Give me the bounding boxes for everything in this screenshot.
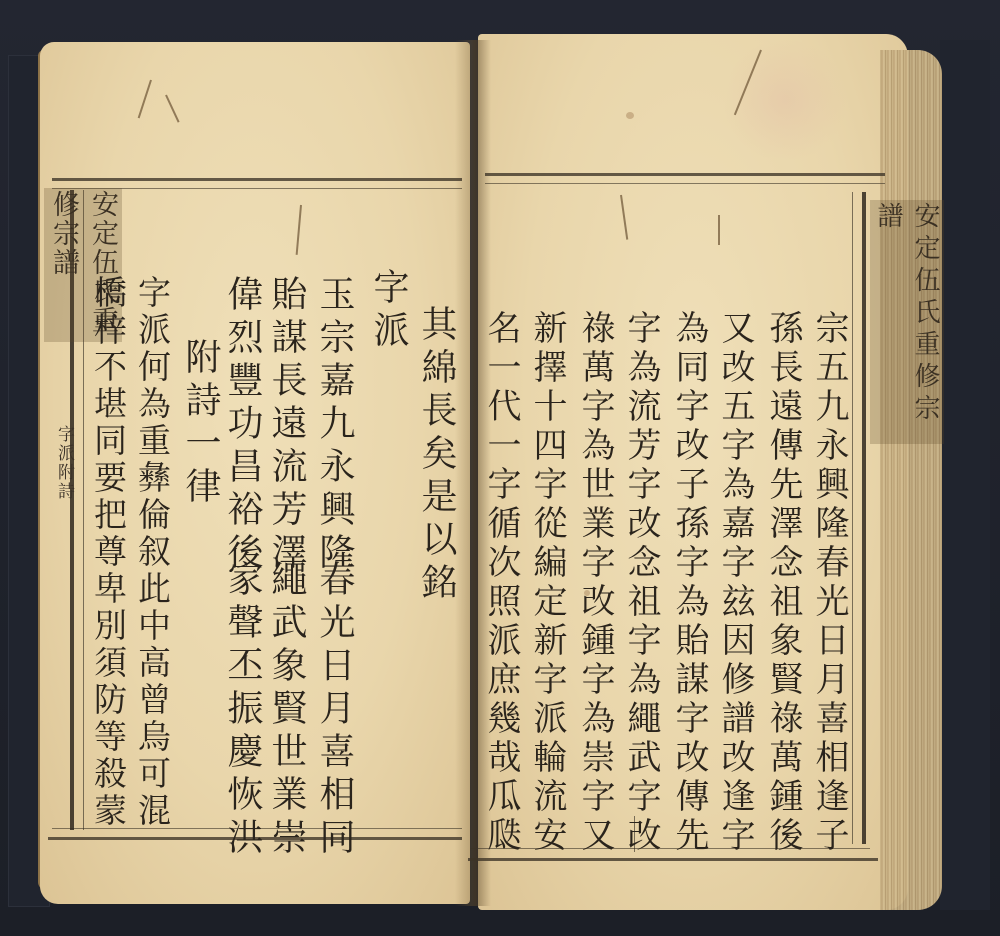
worm-damage (718, 215, 720, 245)
verse-line: 偉烈豐功昌裕後 (224, 275, 260, 576)
poem-line: 橋梓不堪同要把尊卑別須防等殺蒙 (92, 275, 125, 830)
verse-line: 家聲丕振慶恢洪 (224, 560, 260, 861)
text-column: 新擇十四字從編定新字派輪流安 (530, 310, 564, 856)
text-column: 為同字改子孫字為貽謀字改傳先 (672, 310, 706, 856)
text-column: 宗五九永興隆春光日月喜相逢子 (812, 310, 846, 856)
text-column: 字為流芳字改念祖字為繩武字改 (624, 310, 658, 856)
verse-line: 繩武象賢世業崇 (268, 560, 304, 861)
verse-line: 貽謀長遠流芳澤 (268, 275, 304, 576)
right-page-stack-edge (880, 50, 942, 910)
text-column: 又改五字為嘉字玆因修譜改逢字 (718, 310, 752, 856)
right-margin-rule-thin (852, 192, 853, 844)
right-margin-rule (862, 192, 866, 844)
text-column: 名一代一字循次照派庶幾哉瓜瓞 (484, 310, 518, 856)
poem-line: 字派何為重彝倫叙此中高曾烏可混 (136, 275, 169, 830)
book-cover-right (940, 40, 990, 910)
poem-heading: 附詩一律 (182, 338, 218, 510)
right-top-rule (485, 173, 885, 176)
text-column: 其綿長矣是以銘 (418, 305, 454, 606)
text-column: 孫長遠傳先澤念祖象賢祿萬鍾後 (766, 310, 800, 856)
right-bottom-rule (468, 858, 878, 861)
right-margin-title: 安定伍氏重修宗譜 (870, 200, 944, 444)
text-column: 祿萬字為世業字改鍾字為崇字又 (578, 310, 612, 856)
verse-line: 玉宗嘉九永興隆 (316, 275, 352, 576)
left-top-rule (52, 178, 462, 181)
verse-line: 春光日月喜相同 (316, 560, 352, 861)
left-margin-subtitle: 字派附詩 (55, 425, 72, 501)
stain (626, 112, 634, 119)
text-column-heading: 字派 (370, 268, 406, 354)
right-top-rule-thin (485, 183, 885, 184)
